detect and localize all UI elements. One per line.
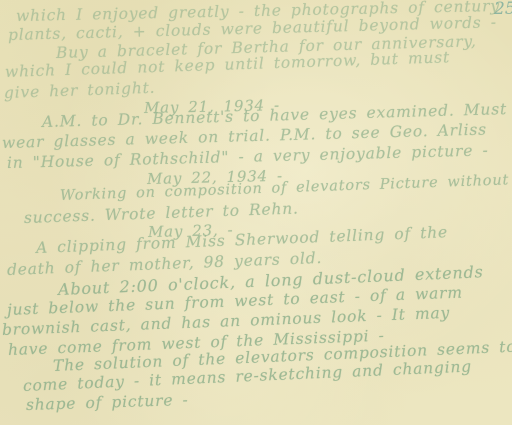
journal-line: give her tonight. bbox=[4, 79, 156, 102]
journal-page: 25 which I enjoyed greatly - the photogr… bbox=[0, 0, 512, 425]
journal-line: shape of picture - bbox=[26, 391, 189, 414]
